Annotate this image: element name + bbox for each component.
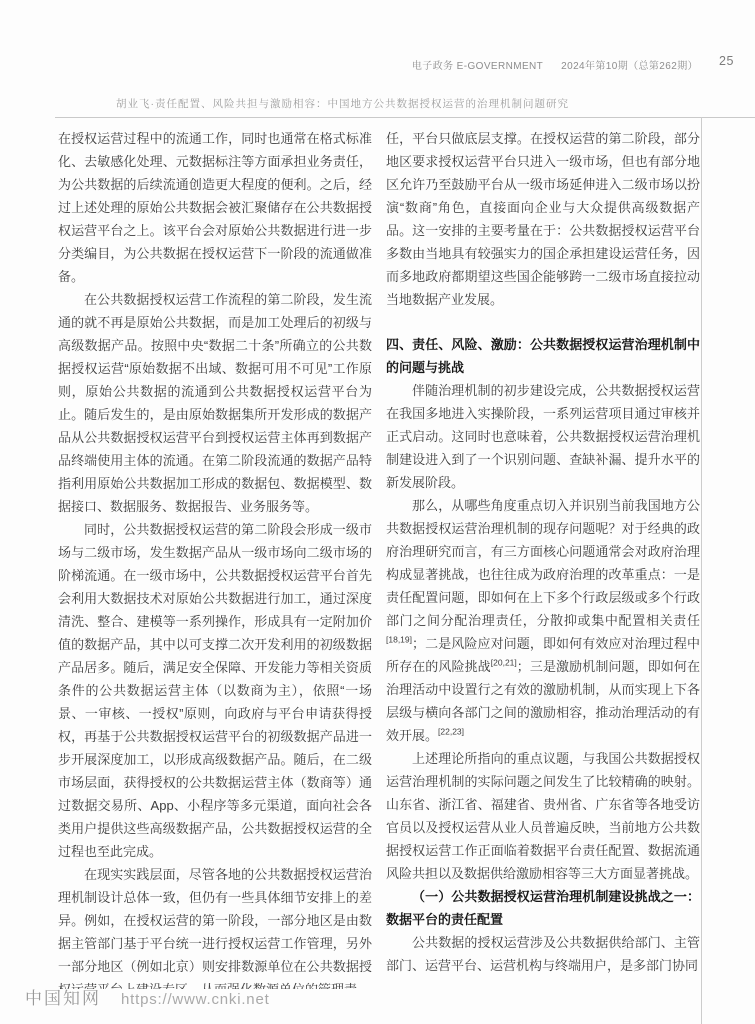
journal-name: 电子政务 E-GOVERNMENT [412,61,543,72]
header-rule [55,117,755,118]
right-column: 任，平台只做底层支撑。在授权运营的第二阶段，部分地区要求授权运营平台只进入一级市… [386,127,700,989]
article-body: 在授权运营过程中的流通工作，同时也通常在格式标准化、去敏感化处理、元数据标注等方… [58,127,700,989]
cnki-url-link[interactable]: https://www.cnki.net [121,991,270,1008]
body-paragraph: 在现实实践层面，尽管各地的公共数据授权运营治理机制设计总体一致，但仍有一些具体细… [58,863,372,989]
body-paragraph: 公共数据的授权运营涉及公共数据供给部门、主管部门、运营平台、运营机构与终端用户，… [386,931,700,977]
running-title: 胡业飞·责任配置、风险共担与激励相容：中国地方公共数据授权运营的治理机制问题研究 [0,96,685,111]
body-paragraph: 在授权运营过程中的流通工作，同时也通常在格式标准化、去敏感化处理、元数据标注等方… [58,127,372,288]
cnki-logo-text: 中国知网 [25,984,101,1009]
page-number: 25 [719,54,734,68]
body-paragraph: 上述理论所指向的重点议题，与我国公共数据授权运营治理机制的实际问题之间发生了比较… [386,747,700,885]
cnki-watermark: 中国知网 https://www.cnki.net [25,984,270,1009]
subsection-heading: （一）公共数据授权运营治理机制建设挑战之一：数据平台的责任配置 [386,885,700,931]
journal-header: 电子政务 E-GOVERNMENT2024年第10期（总第262期） [412,57,698,72]
body-paragraph: 任，平台只做底层支撑。在授权运营的第二阶段，部分地区要求授权运营平台只进入一级市… [386,127,700,311]
citation-ref: [22,23] [438,727,464,737]
body-paragraph: 伴随治理机制的初步建设完成，公共数据授权运营在我国多地进入实操阶段，一系列运营项… [386,379,700,494]
body-paragraph-with-refs: 那么，从哪些角度重点切入并识别当前我国地方公共数据授权运营治理机制的现存问题呢？… [386,494,700,747]
right-margin-rule [701,117,702,1024]
issue-info: 2024年第10期（总第262期） [561,61,698,72]
citation-ref: [18,19] [386,635,412,645]
citation-ref: [20,21] [491,658,517,668]
journal-page: 电子政务 E-GOVERNMENT2024年第10期（总第262期） 25 胡业… [0,0,755,1024]
body-paragraph: 在公共数据授权运营工作流程的第二阶段，发生流通的就不再是原始公共数据，而是加工处… [58,288,372,518]
section-heading: 四、责任、风险、激励：公共数据授权运营治理机制中的问题与挑战 [386,333,700,379]
body-paragraph: 同时，公共数据授权运营的第二阶段会形成一级市场与二级市场，发生数据产品从一级市场… [58,518,372,863]
left-column: 在授权运营过程中的流通工作，同时也通常在格式标准化、去敏感化处理、元数据标注等方… [58,127,372,989]
paragraph-segment: 那么，从哪些角度重点切入并识别当前我国地方公共数据授权运营治理机制的现存问题呢？… [386,498,700,628]
